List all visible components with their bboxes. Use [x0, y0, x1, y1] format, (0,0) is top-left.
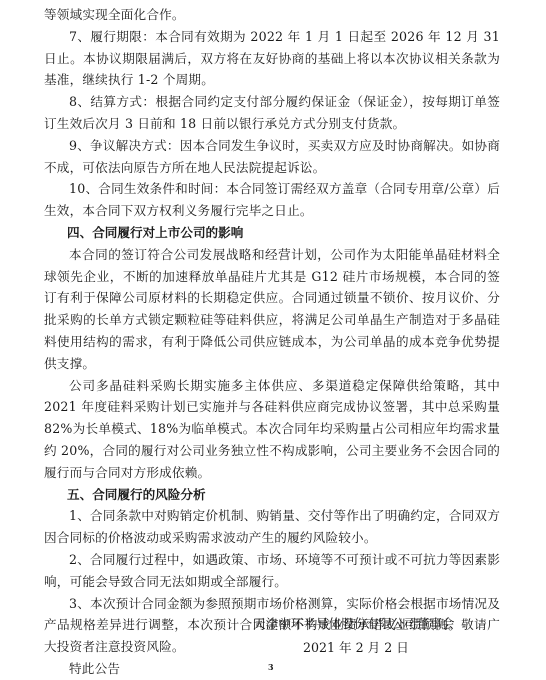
- section-5-paragraph: 2、合同履行过程中，如遇政策、市场、环境等不可预计或不可抗力等因素影响，可能会导…: [44, 549, 500, 593]
- page-number: 3: [268, 662, 274, 672]
- section-4-paragraph: 公司多晶硅料采购长期实施多主体供应、多渠道稳定保障供给策略，其中 2021 年度…: [44, 375, 500, 484]
- clause-7-term: 7、履行期限：本合同有效期为 2022 年 1 月 1 日起至 2026 年 1…: [44, 26, 500, 91]
- document-body: 等领域实现全面化合作。 7、履行期限：本合同有效期为 2022 年 1 月 1 …: [44, 4, 500, 680]
- section-5-paragraph: 1、合同条款中对购销定价机制、购销量、交付等作出了明确约定，合同双方因合同标的价…: [44, 505, 500, 549]
- paragraph-continuation: 等领域实现全面化合作。: [44, 4, 500, 26]
- clause-9-dispute: 9、争议解决方式：因本合同发生争议时，买卖双方应及时协商解决。如协商不成，可依法…: [44, 135, 500, 179]
- clause-10-effectiveness: 10、合同生效条件和时间：本合同签订需经双方盖章（合同专用章/公章）后生效，本合…: [44, 178, 500, 222]
- clause-8-settlement: 8、结算方式：根据合同约定支付部分履约保证金（保证金），按每期订单签订生效后次月…: [44, 91, 500, 135]
- document-page: 等领域实现全面化合作。 7、履行期限：本合同有效期为 2022 年 1 月 1 …: [0, 0, 546, 680]
- signature-date: 2021 年 2 月 2 日: [303, 638, 409, 658]
- section-4-heading: 四、合同履行对上市公司的影响: [44, 222, 500, 244]
- section-4-paragraph: 本合同的签订符合公司发展战略和经营计划，公司作为太阳能单晶硅材料全球领先企业，不…: [44, 244, 500, 375]
- signature-company: 天津中环半导体股份有限公司董事会: [253, 614, 455, 634]
- section-5-heading: 五、合同履行的风险分析: [44, 484, 500, 506]
